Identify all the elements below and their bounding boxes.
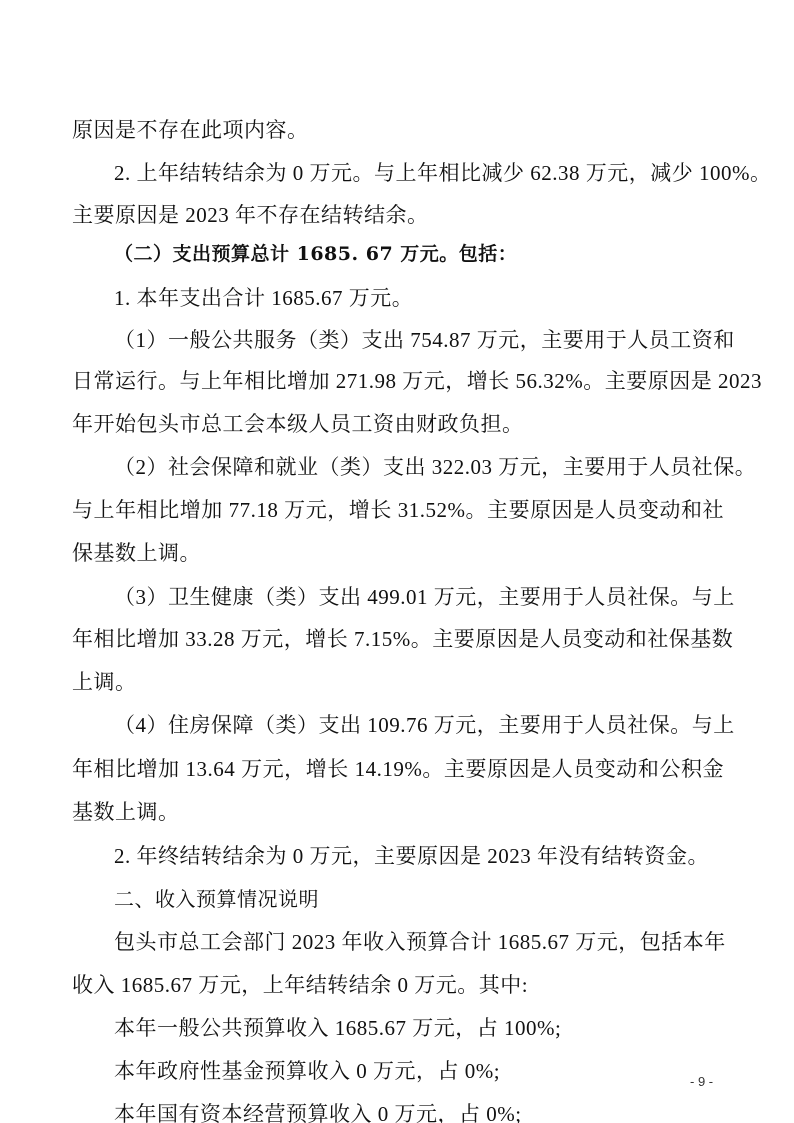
paragraph-line: 收入 1685.67 万元，上年结转结余 0 万元。其中: bbox=[72, 971, 724, 999]
paragraph-line: 基数上调。 bbox=[72, 798, 724, 826]
document-page: 原因是不存在此项内容。 2. 上年结转结余为 0 万元。与上年相比减少 62.3… bbox=[0, 0, 794, 1123]
section-heading: 二、收入预算情况说明 bbox=[114, 885, 724, 913]
paragraph-line: 本年政府性基金预算收入 0 万元，占 0%; bbox=[114, 1057, 724, 1085]
paragraph-line: 本年一般公共预算收入 1685.67 万元，占 100%; bbox=[114, 1014, 724, 1042]
paragraph-line: 上调。 bbox=[72, 668, 724, 696]
page-number: - 9 - bbox=[690, 1074, 713, 1089]
paragraph-line: 本年国有资本经营预算收入 0 万元，占 0%; bbox=[114, 1100, 724, 1123]
paragraph-line: （4）住房保障（类）支出 109.76 万元，主要用于人员社保。与上 bbox=[114, 711, 724, 739]
paragraph-line: 年相比增加 13.64 万元，增长 14.19%。主要原因是人员变动和公积金 bbox=[72, 755, 724, 783]
paragraph-line: 日常运行。与上年相比增加 271.98 万元，增长 56.32%。主要原因是 2… bbox=[72, 367, 724, 395]
section-subheading: （二）支出预算总计 1685. 67 万元。包括： bbox=[114, 240, 724, 268]
paragraph-line: 保基数上调。 bbox=[72, 539, 724, 567]
paragraph-line: 年开始包头市总工会本级人员工资由财政负担。 bbox=[72, 410, 724, 438]
paragraph-line: 主要原因是 2023 年不存在结转结余。 bbox=[72, 201, 724, 229]
paragraph-line: （1）一般公共服务（类）支出 754.87 万元，主要用于人员工资和 bbox=[114, 326, 724, 354]
paragraph-line: 年相比增加 33.28 万元，增长 7.15%。主要原因是人员变动和社保基数 bbox=[72, 625, 724, 653]
paragraph-line: （3）卫生健康（类）支出 499.01 万元，主要用于人员社保。与上 bbox=[114, 583, 724, 611]
paragraph-line: 原因是不存在此项内容。 bbox=[72, 116, 724, 144]
paragraph-line: 包头市总工会部门 2023 年收入预算合计 1685.67 万元，包括本年 bbox=[114, 928, 724, 956]
paragraph-line: （2）社会保障和就业（类）支出 322.03 万元，主要用于人员社保。 bbox=[114, 453, 724, 481]
paragraph-line: 1. 本年支出合计 1685.67 万元。 bbox=[114, 284, 724, 312]
paragraph-line: 2. 上年结转结余为 0 万元。与上年相比减少 62.38 万元，减少 100%… bbox=[114, 159, 724, 187]
paragraph-line: 与上年相比增加 77.18 万元，增长 31.52%。主要原因是人员变动和社 bbox=[72, 496, 724, 524]
paragraph-line: 2. 年终结转结余为 0 万元，主要原因是 2023 年没有结转资金。 bbox=[114, 842, 724, 870]
